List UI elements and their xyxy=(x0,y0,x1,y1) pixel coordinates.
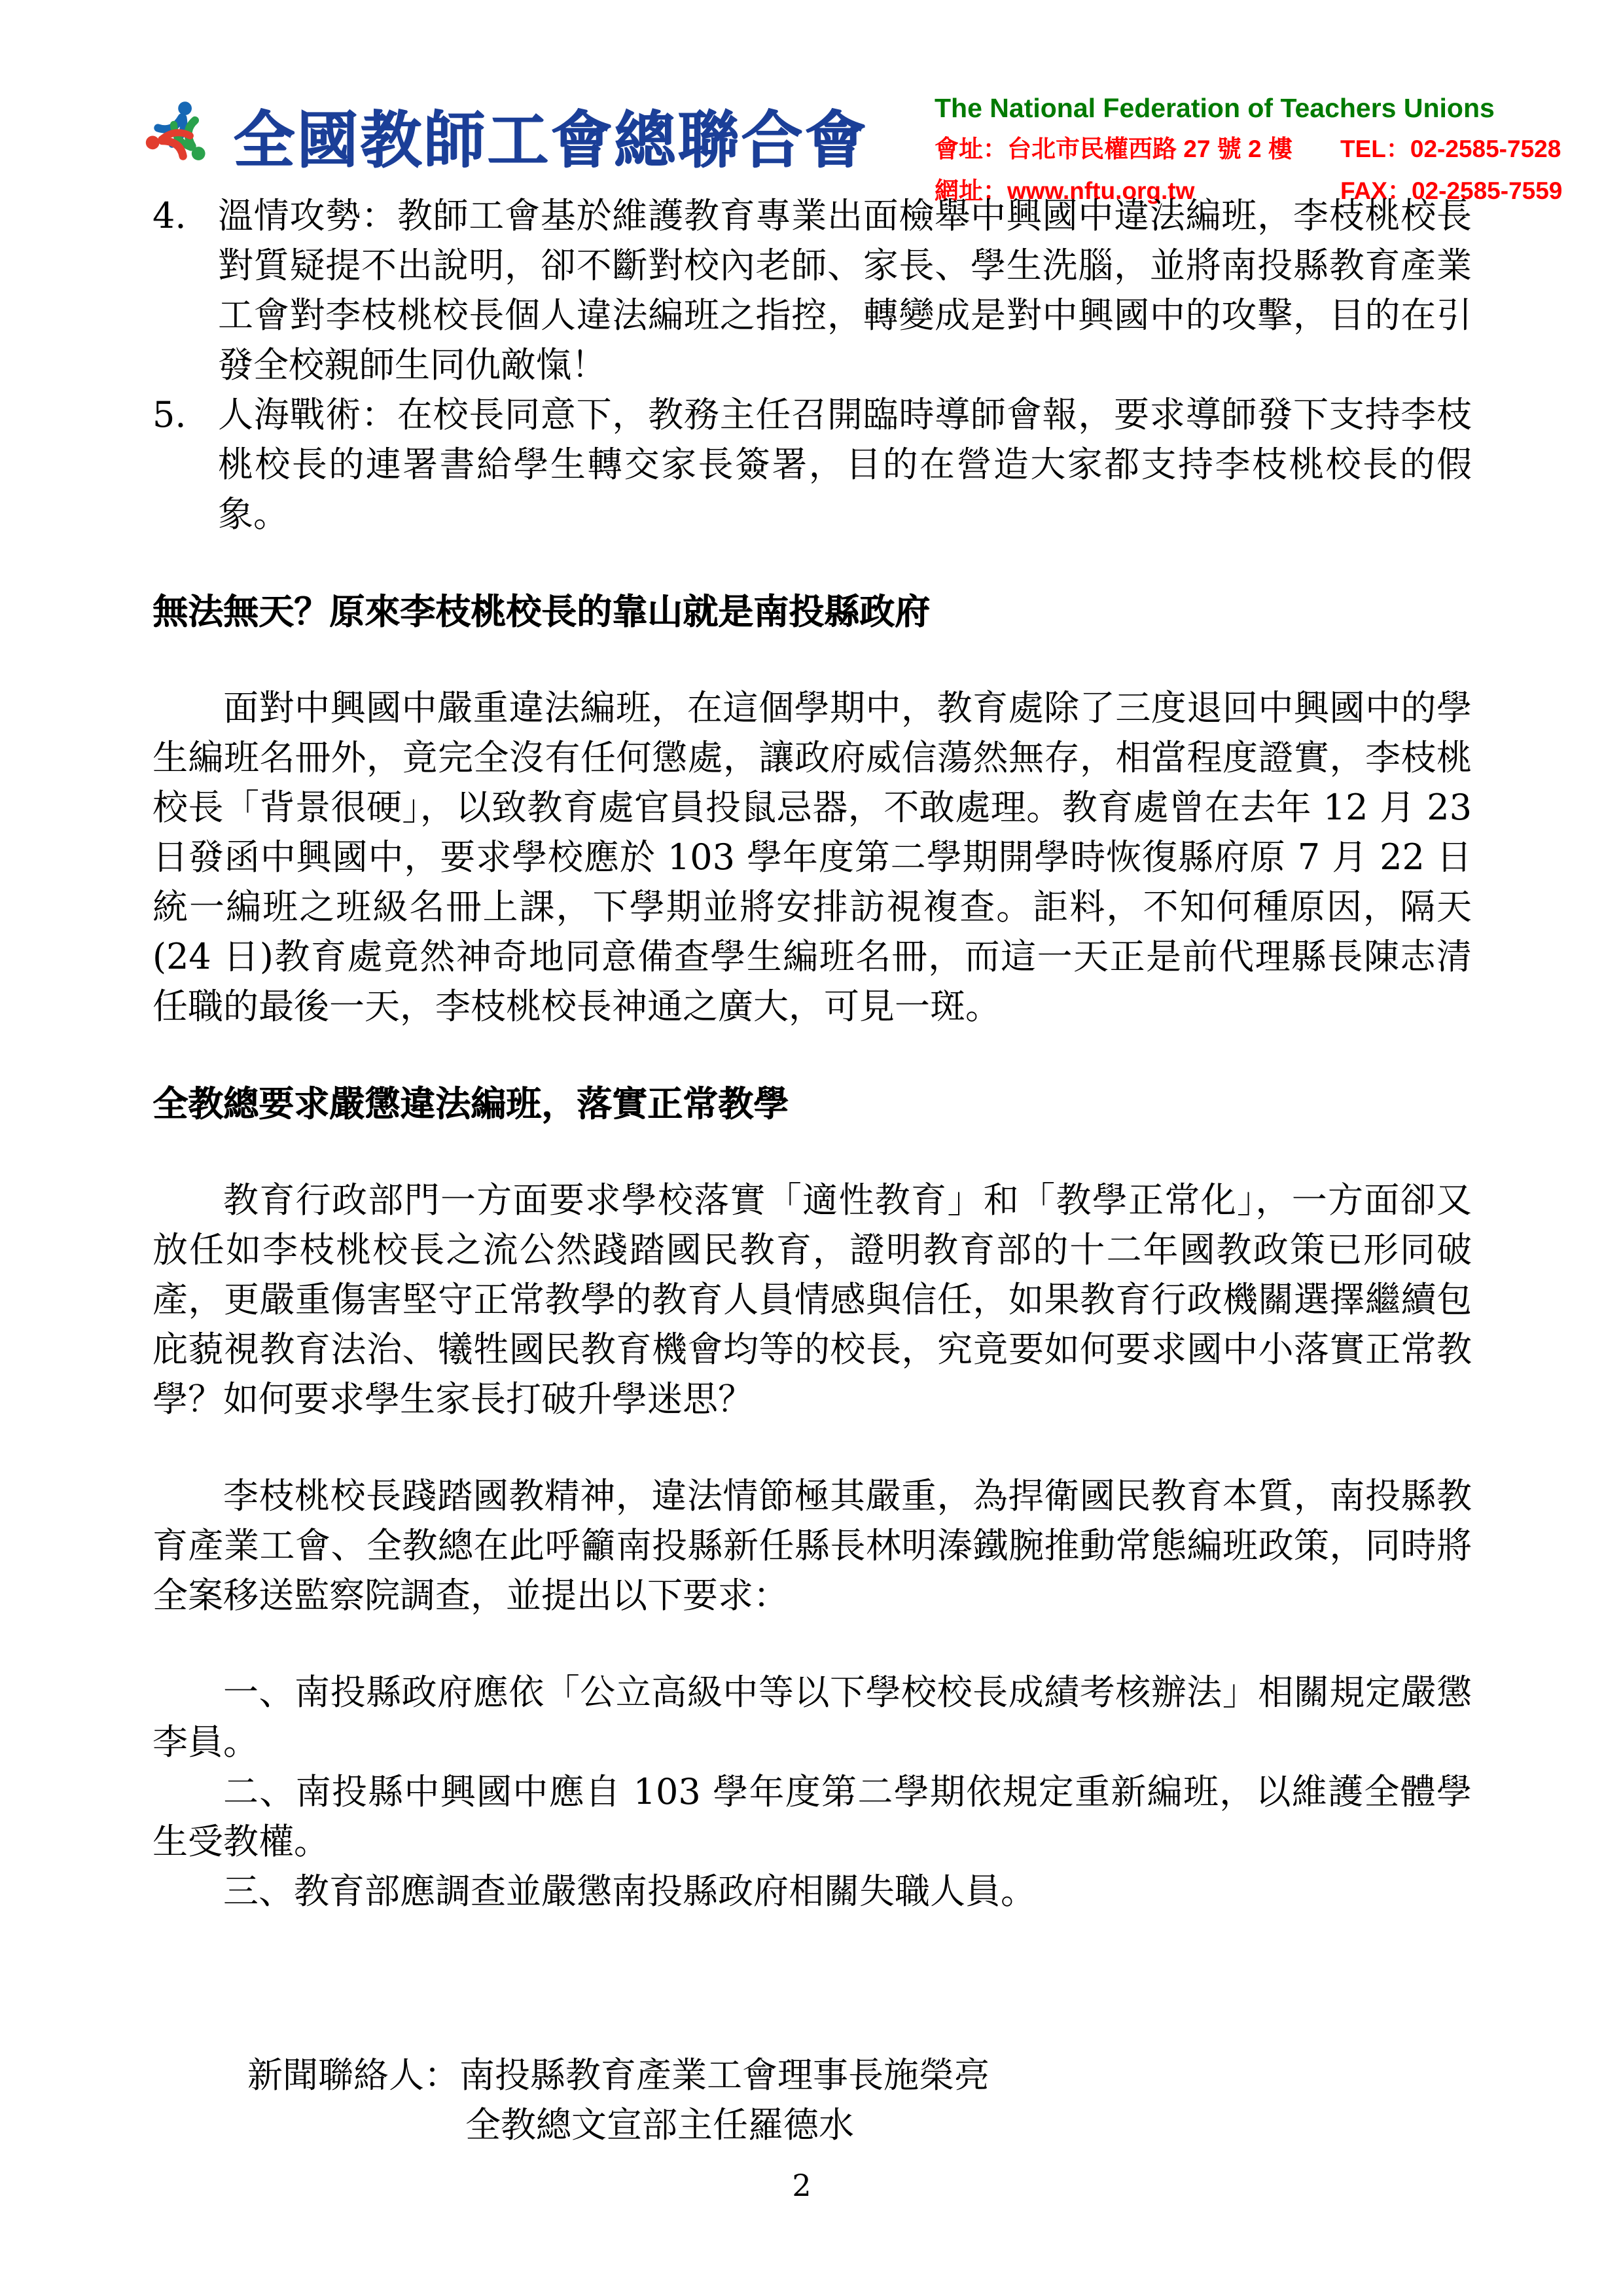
letterhead-contact: The National Federation of Teachers Unio… xyxy=(935,93,1596,206)
letterhead: 全國教師工會總聯合會 The National Federation of Te… xyxy=(0,0,1623,196)
org-name-en: The National Federation of Teachers Unio… xyxy=(935,93,1596,124)
section1-heading: 無法無天？原來李枝桃校長的靠山就是南投縣政府 xyxy=(152,586,1472,636)
document-page: 全國教師工會總聯合會 The National Federation of Te… xyxy=(0,0,1623,2296)
org-name-zh: 全國教師工會總聯合會 xyxy=(233,90,868,179)
section2-paragraph-1: 教育行政部門一方面要求學校落實「適性教育」和「教學正常化」，一方面卻又放任如李枝… xyxy=(152,1175,1472,1424)
list-item-5: 5. 人海戰術：在校長同意下，教務主任召開臨時導師會報，要求導師發下支持李枝桃校… xyxy=(152,390,1472,539)
section2-heading: 全教總要求嚴懲違法編班，落實正常教學 xyxy=(152,1079,1472,1128)
press-contact-line-1: 新聞聯絡人：南投縣教育產業工會理事長施榮亮 xyxy=(152,2051,1472,2100)
list-item-text: 人海戰術：在校長同意下，教務主任召開臨時導師會報，要求導師發下支持李枝桃校長的連… xyxy=(218,390,1472,539)
press-contact-block: 新聞聯絡人：南投縣教育產業工會理事長施榮亮 全教總文宣部主任羅德水 xyxy=(152,2051,1472,2150)
list-item-number: 4. xyxy=(152,191,218,390)
three-figures-circle-icon xyxy=(139,95,219,175)
press-contact-line-2: 全教總文宣部主任羅德水 xyxy=(152,2100,1472,2150)
list-item-text: 溫情攻勢：教師工會基於維護教育專業出面檢舉中興國中違法編班，李枝桃校長對質疑提不… xyxy=(218,191,1472,390)
demand-3: 三、教育部應調查並嚴懲南投縣政府相關失職人員。 xyxy=(152,1867,1472,1916)
org-logo: 全國教師工會總聯合會 xyxy=(139,90,868,179)
list-item-4: 4. 溫情攻勢：教師工會基於維護教育專業出面檢舉中興國中違法編班，李枝桃校長對質… xyxy=(152,191,1472,390)
org-tel: TEL：02-2585-7528 xyxy=(1340,129,1596,164)
page-number: 2 xyxy=(0,2168,1603,2203)
section2-paragraph-2: 李枝桃校長踐踏國教精神，違法情節極其嚴重，為捍衛國民教育本質，南投縣教育產業工會… xyxy=(152,1471,1472,1621)
section1-paragraph: 面對中興國中嚴重違法編班，在這個學期中，教育處除了三度退回中興國中的學生編班名冊… xyxy=(152,683,1472,1031)
document-body: 4. 溫情攻勢：教師工會基於維護教育專業出面檢舉中興國中違法編班，李枝桃校長對質… xyxy=(152,191,1472,2150)
demand-2: 二、南投縣中興國中應自 103 學年度第二學期依規定重新編班，以維護全體學生受教… xyxy=(152,1767,1472,1867)
list-item-number: 5. xyxy=(152,390,218,539)
org-address: 會址：台北市民權西路 27 號 2 樓 xyxy=(935,129,1340,164)
demand-1: 一、南投縣政府應依「公立高級中等以下學校校長成績考核辦法」相關規定嚴懲李員。 xyxy=(152,1668,1472,1767)
